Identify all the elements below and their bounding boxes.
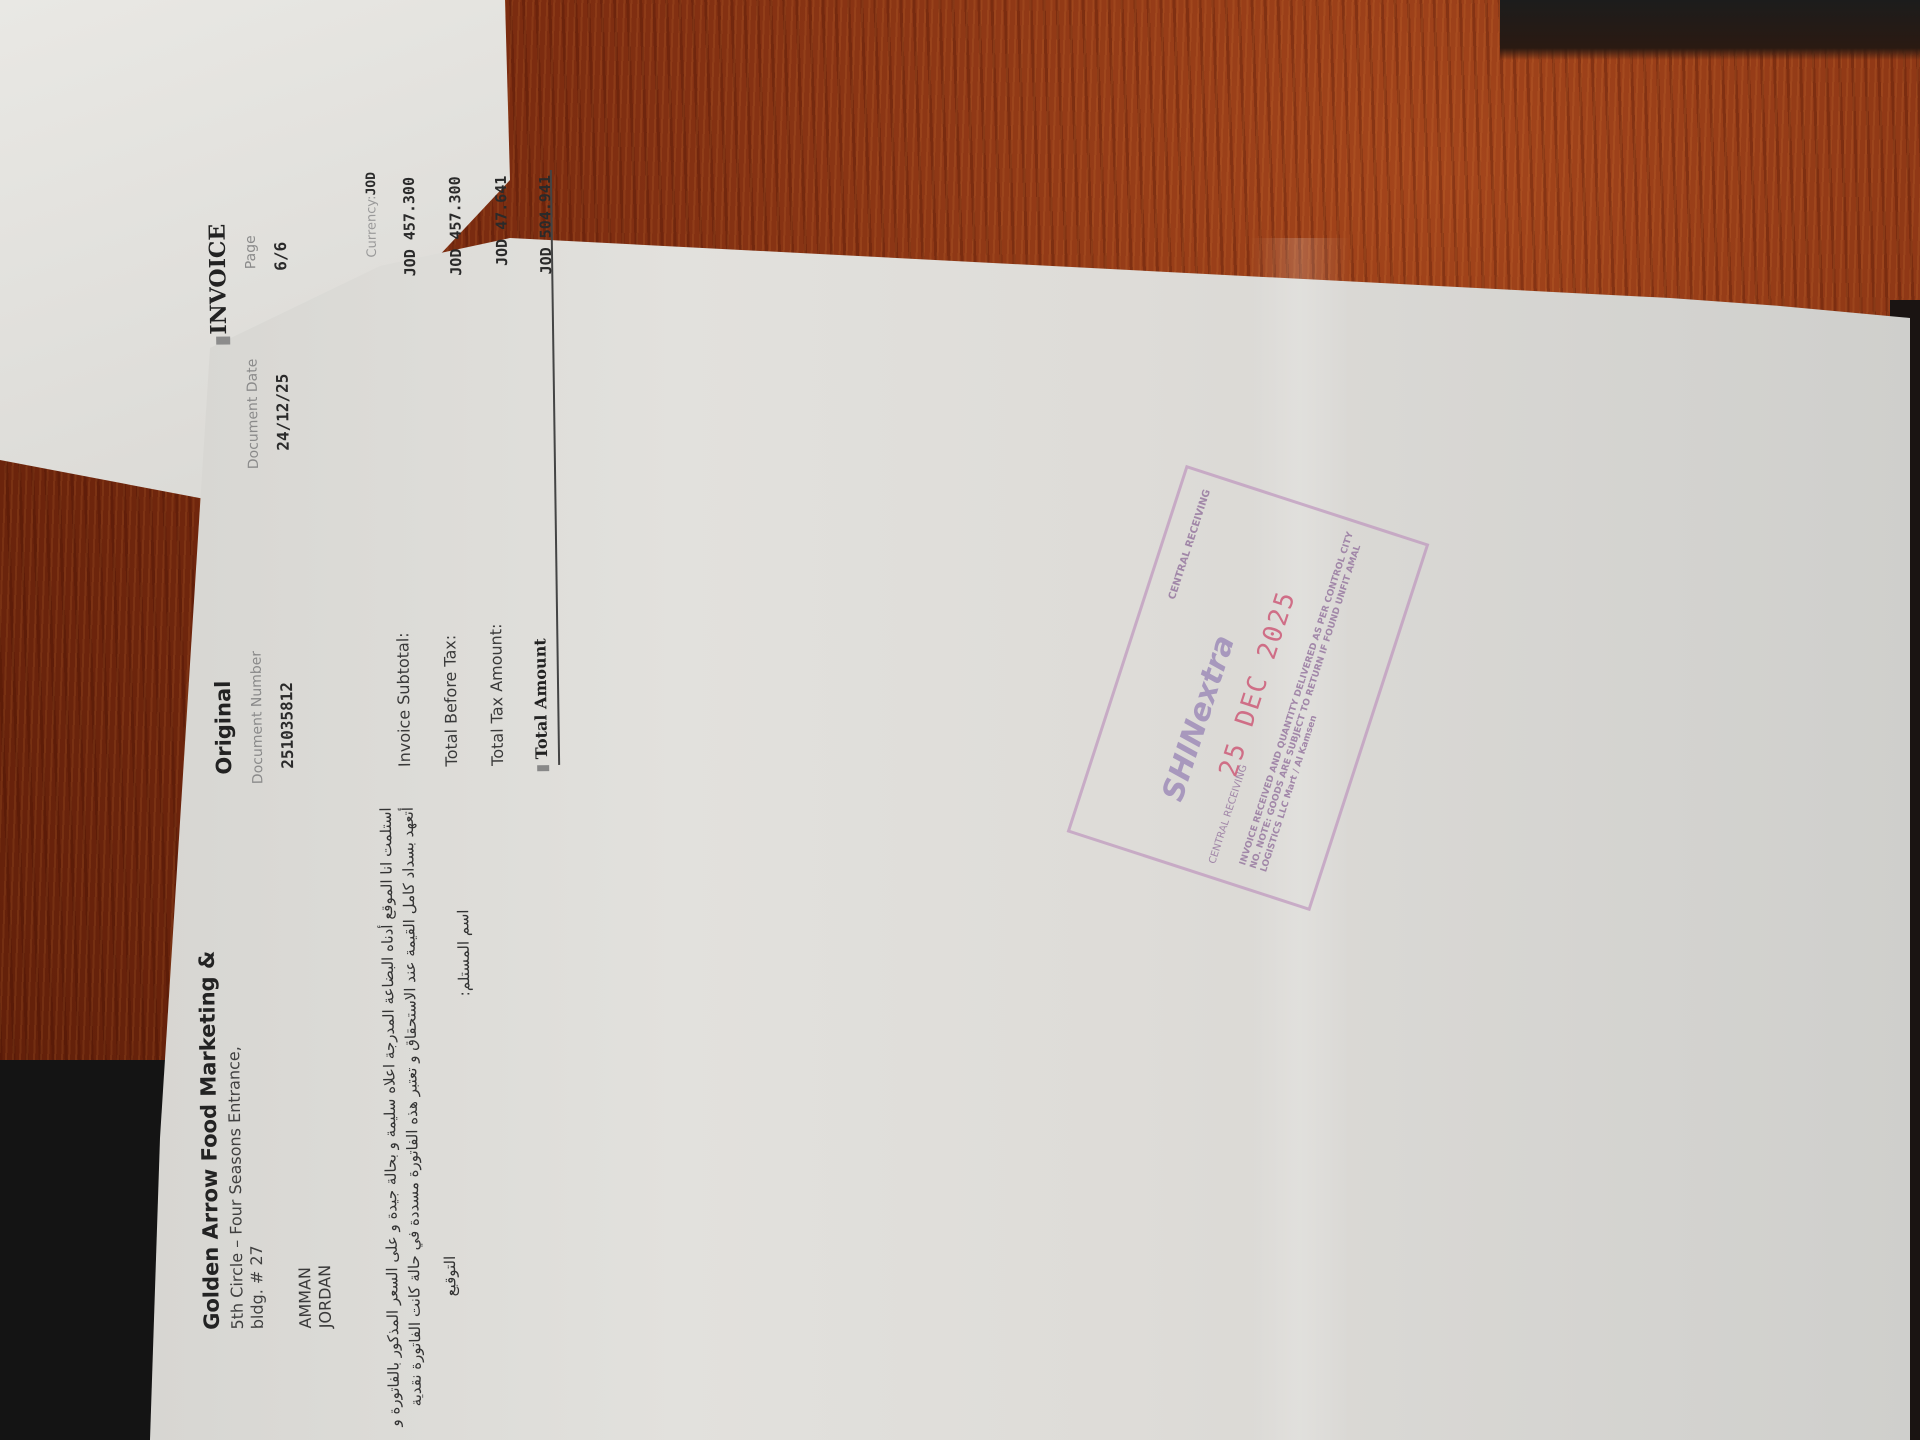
acknowledgement-text: استلمت انا الموقع أدناه البضاعة المدرجة … <box>375 807 426 1338</box>
total-accent-bar <box>537 765 549 771</box>
dark-surface-edge <box>1500 0 1920 60</box>
document-date: 24/12/25 <box>273 374 293 451</box>
signature-label: التوقيع <box>439 1256 462 1297</box>
totals-value-tax: JOD 47.641 <box>492 176 512 316</box>
stamp-brand-logo: SHINextra <box>1156 631 1242 805</box>
address-line-1: 5th Circle – Four Seasons Entrance, <box>224 1046 248 1330</box>
invoice-content: Golden Arrow Food Marketing & 5th Circle… <box>184 203 720 1330</box>
title-accent-bar <box>216 336 230 344</box>
currency-value: JOD <box>364 172 379 196</box>
currency-label: Currency: <box>364 195 380 257</box>
document-number-label: Document Number <box>249 651 267 784</box>
totals-label-before-tax: Total Before Tax: <box>440 635 461 767</box>
totals-value-subtotal: JOD 457.300 <box>400 177 420 317</box>
invoice-title: INVOICE <box>205 224 233 335</box>
totals-label-subtotal: Invoice Subtotal: <box>393 632 414 767</box>
company-address: 5th Circle – Four Seasons Entrance, bldg… <box>224 1046 268 1330</box>
currency-row: Currency:JOD <box>364 172 380 258</box>
address-line-2: bldg. # 27 <box>244 1046 268 1330</box>
copy-type-label: Original <box>211 680 236 774</box>
totals-label-total: Total Amount <box>530 638 551 759</box>
country: JORDAN <box>315 1265 336 1329</box>
city: AMMAN <box>295 1265 316 1329</box>
company-location: AMMAN JORDAN <box>295 1265 336 1329</box>
receiver-name-label: اسم المستلم: <box>452 909 475 996</box>
page-number: 6/6 <box>271 242 290 271</box>
company-name: Golden Arrow Food Marketing & <box>195 951 224 1330</box>
dark-surface-left <box>0 1060 170 1440</box>
page-label: Page <box>243 235 259 269</box>
document-date-label: Document Date <box>244 359 262 470</box>
document-number: 251035812 <box>277 682 297 769</box>
stamp-label-right: CENTRAL RECEIVING <box>1167 488 1214 601</box>
totals-label-tax: Total Tax Amount: <box>486 623 507 765</box>
totals-value-before-tax: JOD 457.300 <box>446 176 466 316</box>
